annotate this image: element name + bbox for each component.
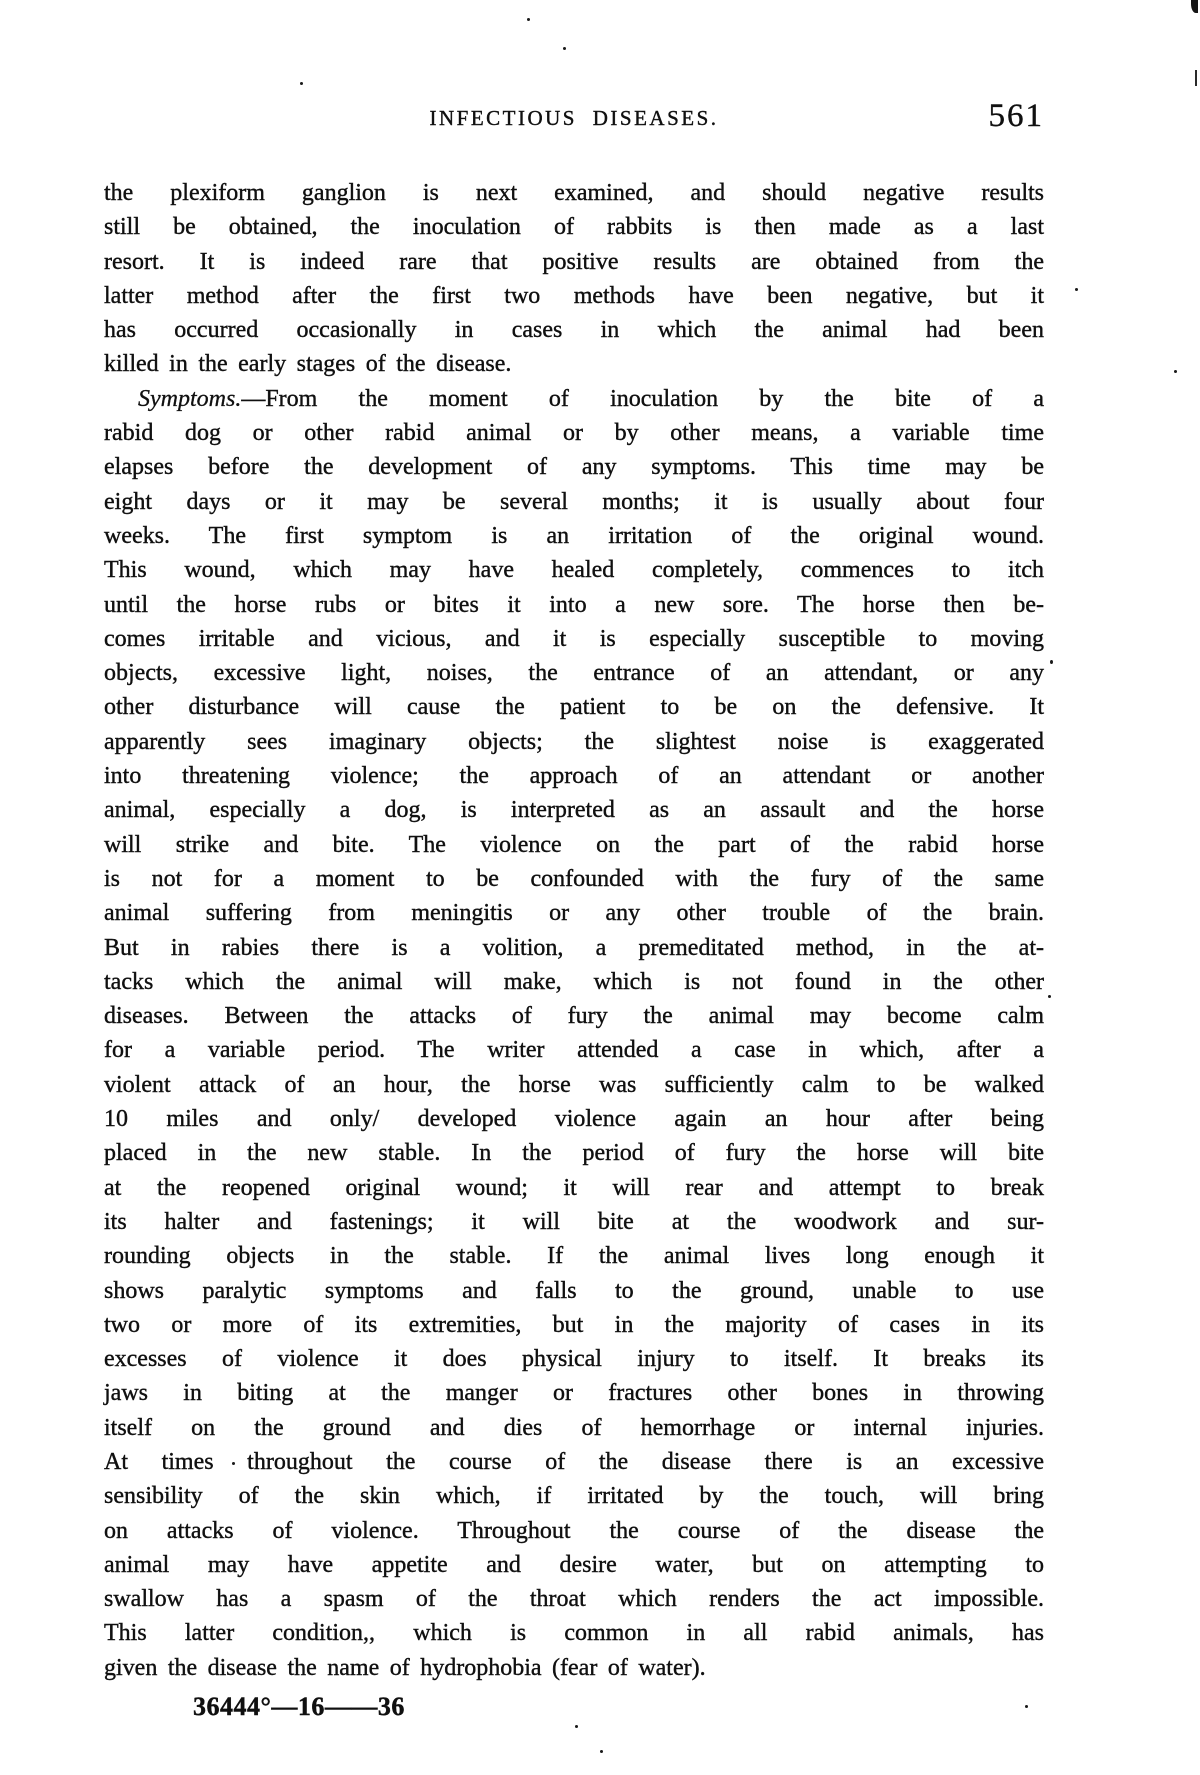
text-line: Symptoms.—From the moment of inoculation… xyxy=(104,382,1044,416)
scan-speck xyxy=(1075,288,1078,291)
text-line: will strike and bite. The violence on th… xyxy=(104,828,1044,862)
text-line: apparently sees imaginary objects; the s… xyxy=(104,725,1044,759)
scan-speck xyxy=(563,47,566,50)
text-line: killed in the early stages of the diseas… xyxy=(104,347,1044,381)
text-line: given the disease the name of hydrophobi… xyxy=(104,1651,1044,1685)
text-line: animal, especially a dog, is interpreted… xyxy=(104,793,1044,827)
text-line: still be obtained, the inoculation of ra… xyxy=(104,210,1044,244)
text-line: sensibility of the skin which, if irrita… xyxy=(104,1479,1044,1513)
book-page-scan: INFECTIOUS DISEASES. 561 the plexiform g… xyxy=(0,0,1200,1775)
text-line: the plexiform ganglion is next examined,… xyxy=(104,176,1044,210)
text-line: weeks. The first symptom is an irritatio… xyxy=(104,519,1044,553)
scan-speck xyxy=(300,82,303,85)
running-head-title: INFECTIOUS DISEASES. xyxy=(104,106,1044,131)
scan-speck xyxy=(600,1750,603,1753)
text-line: two or more of its extremities, but in t… xyxy=(104,1308,1044,1342)
scan-speck xyxy=(1050,660,1053,664)
italic-lead-word: Symptoms. xyxy=(138,386,241,412)
page-text: the plexiform ganglion is next examined,… xyxy=(104,176,1044,1685)
text-line: animal may have appetite and desire wate… xyxy=(104,1548,1044,1582)
text-line: At times throughout the course of the di… xyxy=(104,1445,1044,1479)
text-line: diseases. Between the attacks of fury th… xyxy=(104,999,1044,1033)
text-line: latter method after the first two method… xyxy=(104,279,1044,313)
text-line: tacks which the animal will make, which … xyxy=(104,965,1044,999)
text-line: until the horse rubs or bites it into a … xyxy=(104,588,1044,622)
scan-edge-tick xyxy=(1195,70,1197,86)
text-line: itself on the ground and dies of hemorrh… xyxy=(104,1411,1044,1445)
printers-mark: 36444°—16——36 xyxy=(193,1692,405,1722)
text-line: swallow has a spasm of the throat which … xyxy=(104,1582,1044,1616)
scan-speck xyxy=(1025,1705,1028,1708)
scan-speck xyxy=(575,1725,578,1728)
page-number: 561 xyxy=(989,98,1045,135)
text-line: placed in the new stable. In the period … xyxy=(104,1136,1044,1170)
text-line: comes irritable and vicious, and it is e… xyxy=(104,622,1044,656)
text-line: But in rabies there is a volition, a pre… xyxy=(104,931,1044,965)
text-line: for a variable period. The writer attend… xyxy=(104,1033,1044,1067)
text-line: eight days or it may be several months; … xyxy=(104,485,1044,519)
page-header: INFECTIOUS DISEASES. 561 xyxy=(104,98,1044,152)
text-line: This wound, which may have healed comple… xyxy=(104,553,1044,587)
text-line: excesses of violence it does physical in… xyxy=(104,1342,1044,1376)
text-line: its halter and fastenings; it will bite … xyxy=(104,1205,1044,1239)
text-line: rounding objects in the stable. If the a… xyxy=(104,1239,1044,1273)
scan-speck xyxy=(527,18,530,21)
text-line: into threatening violence; the approach … xyxy=(104,759,1044,793)
text-line: rabid dog or other rabid animal or by ot… xyxy=(104,416,1044,450)
text-line: elapses before the development of any sy… xyxy=(104,450,1044,484)
text-line: on attacks of violence. Throughout the c… xyxy=(104,1514,1044,1548)
text-line: violent attack of an hour, the horse was… xyxy=(104,1068,1044,1102)
scan-speck xyxy=(1174,370,1177,373)
text-line: shows paralytic symptoms and falls to th… xyxy=(104,1274,1044,1308)
scan-speck xyxy=(1048,995,1051,998)
scan-speck xyxy=(232,1462,235,1465)
text-line: This latter condition,, which is common … xyxy=(104,1616,1044,1650)
text-line: other disturbance will cause the patient… xyxy=(104,690,1044,724)
scan-corner-mark xyxy=(1191,0,1198,13)
text-line: at the reopened original wound; it will … xyxy=(104,1171,1044,1205)
text-line: 10 miles and only/ developed violence ag… xyxy=(104,1102,1044,1136)
text-line: objects, excessive light, noises, the en… xyxy=(104,656,1044,690)
text-line: animal suffering from meningitis or any … xyxy=(104,896,1044,930)
text-line: jaws in biting at the manger or fracture… xyxy=(104,1376,1044,1410)
text-line: is not for a moment to be confounded wit… xyxy=(104,862,1044,896)
text-line: has occurred occasionally in cases in wh… xyxy=(104,313,1044,347)
text-line: resort. It is indeed rare that positive … xyxy=(104,245,1044,279)
